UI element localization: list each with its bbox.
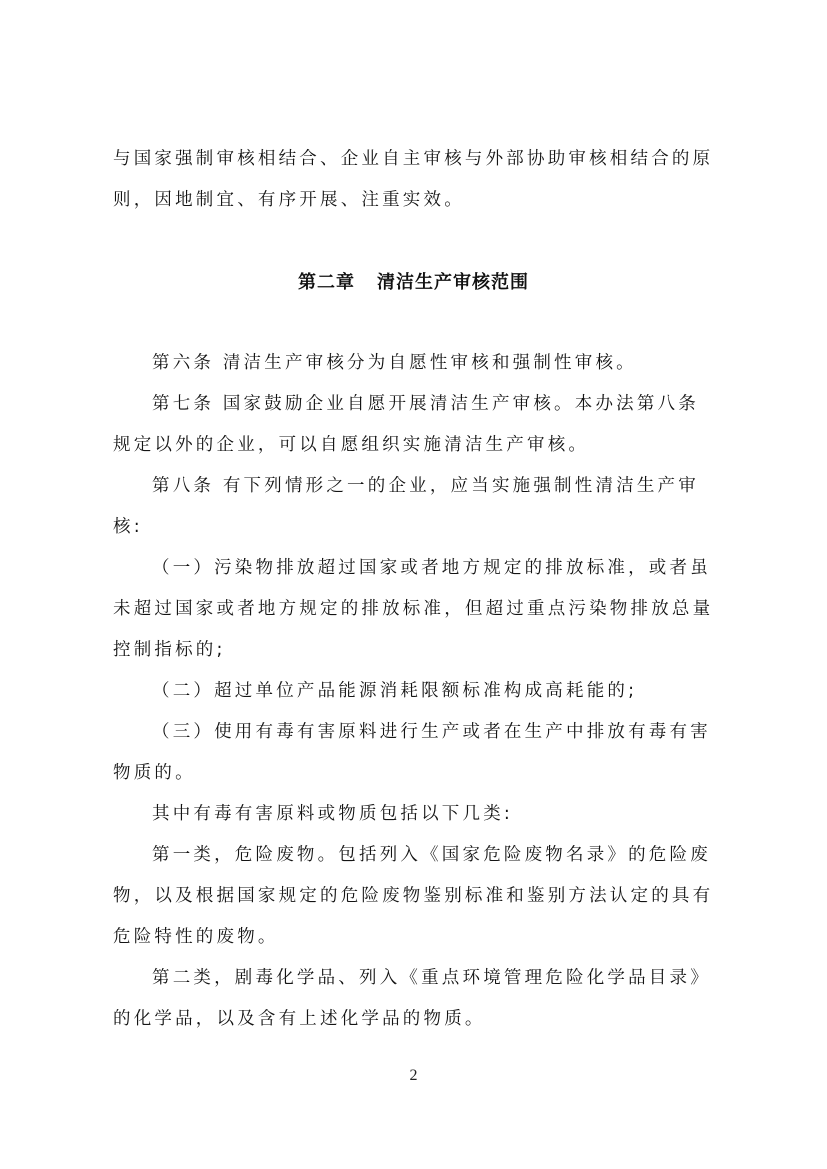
page-number: 2	[0, 1066, 827, 1086]
document-page: 与国家强制审核相结合、企业自主审核与外部协助审核相结合的原 则，因地制宜、有序开…	[0, 0, 827, 1169]
article-7-line-2: 规定以外的企业，可以自愿组织实施清洁生产审核。	[113, 433, 717, 457]
article-6: 第六条 清洁生产审核分为自愿性审核和强制性审核。	[152, 351, 718, 375]
text-line: 则，因地制宜、有序开展、注重实效。	[113, 188, 717, 212]
item-1-line-2: 未超过国家或者地方规定的排放标准，但超过重点污染物排放总量	[113, 597, 717, 621]
article-8-line-2: 核:	[113, 515, 717, 539]
category-1-line-1: 第一类，危险废物。包括列入《国家危险废物名录》的危险废	[152, 843, 718, 867]
chapter-number: 第二章	[298, 272, 355, 293]
text-line: 与国家强制审核相结合、企业自主审核与外部协助审核相结合的原	[113, 147, 717, 171]
category-2-line-2: 的化学品，以及含有上述化学品的物质。	[113, 1007, 717, 1031]
item-1-line-1: （一）污染物排放超过国家或者地方规定的排放标准，或者虽	[152, 556, 718, 580]
item-2: （二）超过单位产品能源消耗限额标准构成高耗能的;	[152, 679, 718, 703]
item-3-line-1: （三）使用有毒有害原料进行生产或者在生产中排放有毒有害	[152, 720, 718, 744]
category-1-line-2: 物，以及根据国家规定的危险废物鉴别标准和鉴别方法认定的具有	[113, 884, 717, 908]
item-3-line-2: 物质的。	[113, 761, 717, 785]
item-1-line-3: 控制指标的;	[113, 638, 717, 662]
article-7-line-1: 第七条 国家鼓励企业自愿开展清洁生产审核。本办法第八条	[152, 392, 718, 416]
chapter-heading: 第二章清洁生产审核范围	[0, 271, 827, 295]
article-8-line-1: 第八条 有下列情形之一的企业，应当实施强制性清洁生产审	[152, 474, 718, 498]
category-1-line-3: 危险特性的废物。	[113, 925, 717, 949]
chapter-title: 清洁生产审核范围	[377, 272, 529, 293]
categories-intro: 其中有毒有害原料或物质包括以下几类:	[152, 802, 718, 826]
category-2-line-1: 第二类，剧毒化学品、列入《重点环境管理危险化学品目录》	[152, 966, 718, 990]
